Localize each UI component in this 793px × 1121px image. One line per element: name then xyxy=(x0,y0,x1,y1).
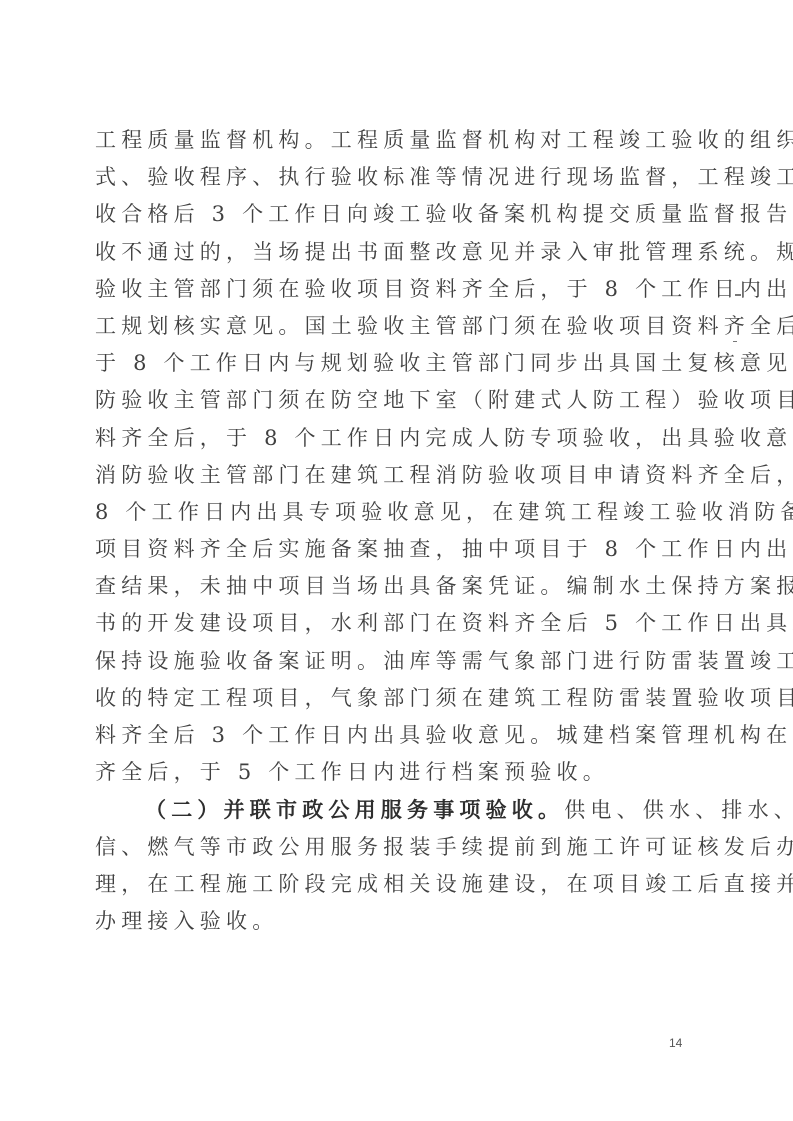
text-line: 工规划核实意见。国土验收主管部门须在验收项目资料齐全后， xyxy=(95,308,685,345)
text-line: 工程质量监督机构。工程质量监督机构对工程竣工验收的组织形 xyxy=(95,122,685,159)
text-line: 收不通过的，当场提出书面整改意见并录入审批管理系统。规划 xyxy=(95,234,685,271)
text-line: 验收主管部门须在验收项目资料齐全后，于 8 个工作日内出具竣 xyxy=(95,271,685,308)
text-line: 查结果，未抽中项目当场出具备案凭证。编制水土保持方案报告 xyxy=(95,568,685,605)
text-line: 于 8 个工作日内与规划验收主管部门同步出具国土复核意见。人 xyxy=(95,345,685,382)
text-line: 项目资料齐全后实施备案抽查，抽中项目于 8 个工作日内出具抽 xyxy=(95,531,685,568)
section-2-first-line-text: 供电、供水、排水、通 xyxy=(564,798,793,822)
section-2-first-line: （二）并联市政公用服务事项验收。供电、供水、排水、通 xyxy=(95,791,685,828)
text-line: 料齐全后，于 8 个工作日内完成人防专项验收，出具验收意见； xyxy=(95,420,685,457)
text-line: 齐全后，于 5 个工作日内进行档案预验收。 xyxy=(95,754,685,791)
scan-margin-mark xyxy=(735,294,741,296)
text-line: 防验收主管部门须在防空地下室（附建式人防工程）验收项目资 xyxy=(95,382,685,419)
text-line: 办理接入验收。 xyxy=(95,903,685,940)
text-line: 料齐全后 3 个工作日内出具验收意见。城建档案管理机构在资料 xyxy=(95,717,685,754)
scan-margin-mark xyxy=(733,341,737,342)
body-text: 工程质量监督机构。工程质量监督机构对工程竣工验收的组织形 式、验收程序、执行验收… xyxy=(95,122,685,940)
text-line: 收合格后 3 个工作日向竣工验收备案机构提交质量监督报告，验 xyxy=(95,196,685,233)
text-line: 信、燃气等市政公用服务报装手续提前到施工许可证核发后办 xyxy=(95,829,685,866)
text-line: 书的开发建设项目，水利部门在资料齐全后 5 个工作日出具水土 xyxy=(95,605,685,642)
page-number: 14 xyxy=(669,1036,682,1050)
document-page: 工程质量监督机构。工程质量监督机构对工程竣工验收的组织形 式、验收程序、执行验收… xyxy=(0,0,793,1121)
text-line: 式、验收程序、执行验收标准等情况进行现场监督，工程竣工验 xyxy=(95,159,685,196)
text-line: 理，在工程施工阶段完成相关设施建设，在项目竣工后直接并联 xyxy=(95,866,685,903)
text-line: 8 个工作日内出具专项验收意见，在建筑工程竣工验收消防备案 xyxy=(95,494,685,531)
text-line: 保持设施验收备案证明。油库等需气象部门进行防雷装置竣工验 xyxy=(95,643,685,680)
text-line: 消防验收主管部门在建筑工程消防验收项目申请资料齐全后，于 xyxy=(95,457,685,494)
text-line: 收的特定工程项目，气象部门须在建筑工程防雷装置验收项目资 xyxy=(95,680,685,717)
section-2-heading: （二）并联市政公用服务事项验收。 xyxy=(145,797,564,822)
